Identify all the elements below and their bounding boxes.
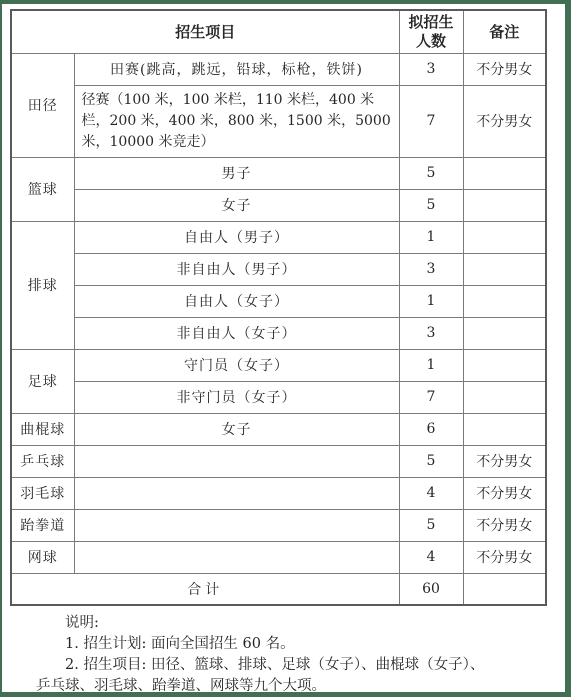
category-tabletennis: 乒乓球 <box>11 445 74 477</box>
table-row-track-field: 田径 田赛(跳高，跳远，铅球，标枪，铁饼) 3 不分男女 <box>11 53 546 85</box>
item-nongoalkeeper-women: 非守门员（女子） <box>74 381 399 413</box>
table-row-basketball-men: 篮球 男子 5 <box>11 157 546 189</box>
table-row-hockey: 曲棍球 女子 6 <box>11 413 546 445</box>
item-empty <box>74 445 399 477</box>
notes-title: 说明: <box>36 613 548 634</box>
remark-cell: 不分男女 <box>463 53 546 85</box>
remark-cell: 不分男女 <box>463 477 546 509</box>
count-cell: 1 <box>399 349 463 381</box>
notes-section: 说明: 1. 招生计划: 面向全国招生 60 名。 2. 招生项目: 田径、篮球… <box>36 613 548 697</box>
category-hockey: 曲棍球 <box>11 413 74 445</box>
item-nonlibero-men: 非自由人（男子） <box>74 253 399 285</box>
item-libero-women: 自由人（女子） <box>74 285 399 317</box>
category-tennis: 网球 <box>11 541 74 573</box>
category-badminton: 羽毛球 <box>11 477 74 509</box>
table-row-volleyball-nonlibero-women: 非自由人（女子） 3 <box>11 317 546 349</box>
note-enrollment-projects-line2: 乒乓球、羽毛球、跆拳道、网球等九个大项。 <box>36 676 548 697</box>
category-athletics: 田径 <box>11 53 74 157</box>
category-basketball: 篮球 <box>11 157 74 221</box>
count-cell: 4 <box>399 541 463 573</box>
table-row-football-nongoalkeeper: 非守门员（女子） 7 <box>11 381 546 413</box>
count-cell: 5 <box>399 445 463 477</box>
remark-cell: 不分男女 <box>463 445 546 477</box>
count-cell: 3 <box>399 317 463 349</box>
item-libero-men: 自由人（男子） <box>74 221 399 253</box>
count-cell: 3 <box>399 53 463 85</box>
table-row-football-goalkeeper: 足球 守门员（女子） 1 <box>11 349 546 381</box>
table-row-badminton: 羽毛球 4 不分男女 <box>11 477 546 509</box>
remark-cell: 不分男女 <box>463 85 546 157</box>
item-women: 女子 <box>74 413 399 445</box>
enrollment-table: 招生项目 拟招生 人数 备注 田径 田赛(跳高，跳远，铅球，标枪，铁饼) 3 不… <box>10 9 547 606</box>
header-project: 招生项目 <box>11 10 399 53</box>
document-page: 招生项目 拟招生 人数 备注 田径 田赛(跳高，跳远，铅球，标枪，铁饼) 3 不… <box>0 0 571 697</box>
count-cell: 5 <box>399 157 463 189</box>
item-empty <box>74 541 399 573</box>
table-row-tabletennis: 乒乓球 5 不分男女 <box>11 445 546 477</box>
item-goalkeeper-women: 守门员（女子） <box>74 349 399 381</box>
remark-cell: 不分男女 <box>463 509 546 541</box>
table-row-volleyball-libero-women: 自由人（女子） 1 <box>11 285 546 317</box>
note-enrollment-projects-line1: 2. 招生项目: 田径、篮球、排球、足球（女子）、曲棍球（女子）、 <box>36 655 548 676</box>
count-cell: 7 <box>399 381 463 413</box>
item-nonlibero-women: 非自由人（女子） <box>74 317 399 349</box>
note-enrollment-plan: 1. 招生计划: 面向全国招生 60 名。 <box>36 634 548 655</box>
item-men: 男子 <box>74 157 399 189</box>
remark-cell <box>463 189 546 221</box>
table-row-basketball-women: 女子 5 <box>11 189 546 221</box>
table-row-volleyball-nonlibero-men: 非自由人（男子） 3 <box>11 253 546 285</box>
table-row-track-events: 径赛（100 米，100 米栏，110 米栏，400 米栏，200 米，400 … <box>11 85 546 157</box>
count-cell: 5 <box>399 509 463 541</box>
remark-cell <box>463 253 546 285</box>
remark-cell <box>463 381 546 413</box>
count-cell: 1 <box>399 285 463 317</box>
remark-cell <box>463 221 546 253</box>
count-cell: 6 <box>399 413 463 445</box>
item-track-events: 径赛（100 米，100 米栏，110 米栏，400 米栏，200 米，400 … <box>74 85 399 157</box>
count-cell: 7 <box>399 85 463 157</box>
count-cell: 1 <box>399 221 463 253</box>
table-row-volleyball-libero-men: 排球 自由人（男子） 1 <box>11 221 546 253</box>
remark-cell <box>463 349 546 381</box>
item-empty <box>74 477 399 509</box>
remark-cell <box>463 317 546 349</box>
category-taekwondo: 跆拳道 <box>11 509 74 541</box>
item-women: 女子 <box>74 189 399 221</box>
remark-cell <box>463 157 546 189</box>
table-header-row: 招生项目 拟招生 人数 备注 <box>11 10 546 53</box>
item-field-events: 田赛(跳高，跳远，铅球，标枪，铁饼) <box>74 53 399 85</box>
table-row-tennis: 网球 4 不分男女 <box>11 541 546 573</box>
count-cell: 3 <box>399 253 463 285</box>
total-label: 合计 <box>11 573 399 605</box>
remark-cell <box>463 285 546 317</box>
count-cell: 5 <box>399 189 463 221</box>
remark-cell: 不分男女 <box>463 541 546 573</box>
header-planned-count: 拟招生 人数 <box>399 10 463 53</box>
category-football: 足球 <box>11 349 74 413</box>
header-remark: 备注 <box>463 10 546 53</box>
total-count: 60 <box>399 573 463 605</box>
total-remark <box>463 573 546 605</box>
count-cell: 4 <box>399 477 463 509</box>
table-row-taekwondo: 跆拳道 5 不分男女 <box>11 509 546 541</box>
table-row-total: 合计 60 <box>11 573 546 605</box>
item-empty <box>74 509 399 541</box>
category-volleyball: 排球 <box>11 221 74 349</box>
remark-cell <box>463 413 546 445</box>
